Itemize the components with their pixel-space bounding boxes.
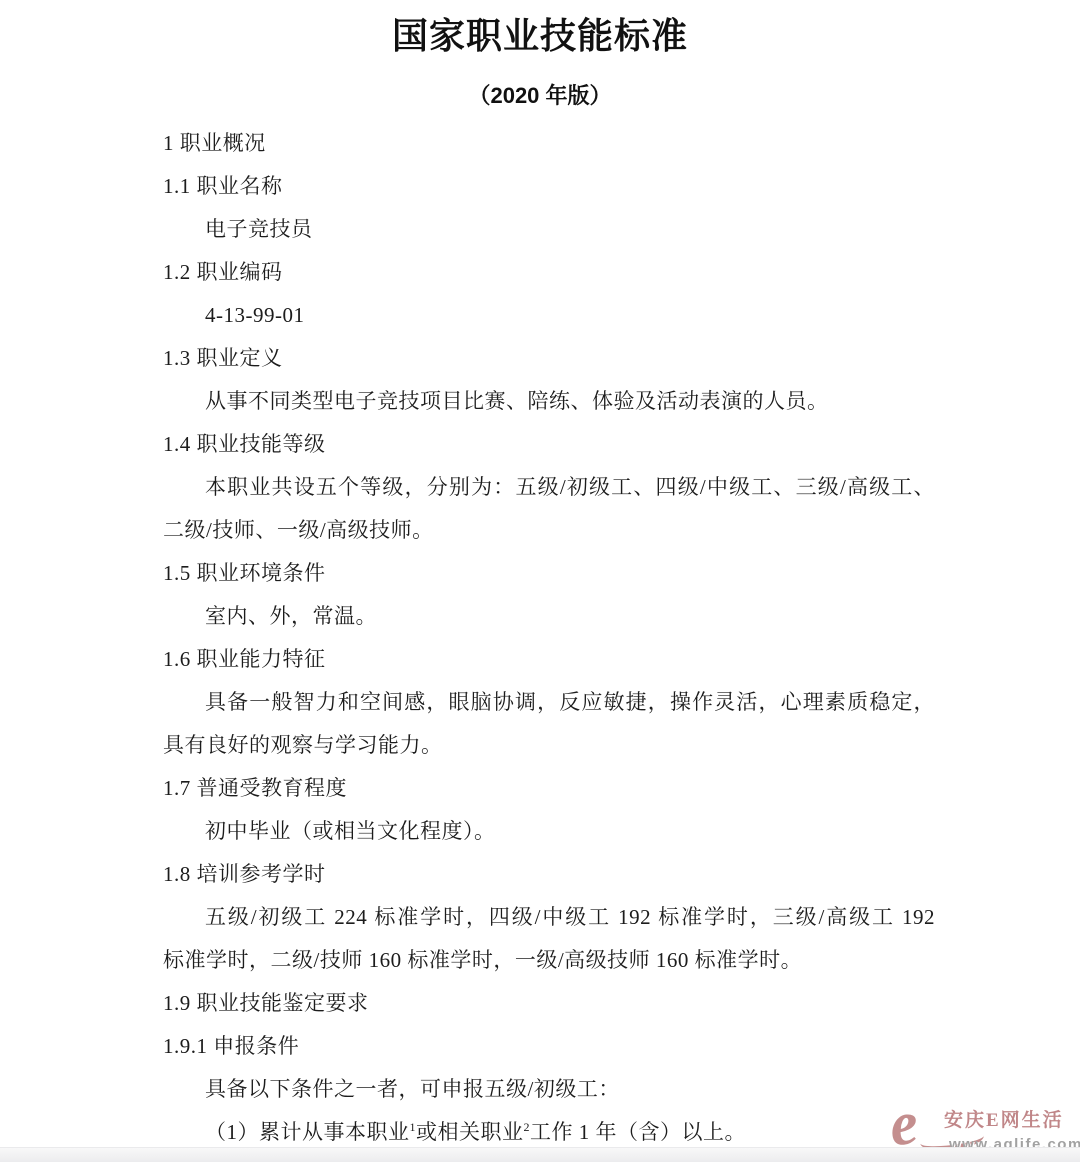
application-intro: 具备以下条件之一者，可申报五级/初级工： (163, 1068, 935, 1111)
occupation-name: 电子竞技员 (163, 208, 935, 251)
education-level: 初中毕业（或相当文化程度）。 (163, 810, 935, 853)
occupation-code: 4-13-99-01 (163, 294, 935, 337)
section-heading-1: 1 职业概况 (163, 122, 935, 165)
section-heading-1-8: 1.8 培训参考学时 (163, 853, 935, 896)
section-heading-1-3: 1.3 职业定义 (163, 337, 935, 380)
section-heading-1-4: 1.4 职业技能等级 (163, 423, 935, 466)
section-heading-1-9: 1.9 职业技能鉴定要求 (163, 982, 935, 1025)
watermark-site-name: 安庆E网生活 (944, 1110, 1064, 1132)
document-body: 1 职业概况 1.1 职业名称 电子竞技员 1.2 职业编码 4-13-99-0… (0, 122, 935, 1154)
ability-traits-line-2: 具有良好的观察与学习能力。 (163, 724, 935, 767)
footnote-text-mid: 或相关职业 (416, 1120, 524, 1144)
skill-levels-line-2: 二级/技师、一级/高级技师。 (163, 509, 935, 552)
footnote-text-pre: （1）累计从事本职业 (205, 1120, 410, 1144)
footnote-text-post: 工作 1 年（含）以上。 (530, 1120, 746, 1144)
section-heading-1-6: 1.6 职业能力特征 (163, 638, 935, 681)
section-heading-1-1: 1.1 职业名称 (163, 165, 935, 208)
section-heading-1-2: 1.2 职业编码 (163, 251, 935, 294)
training-hours-line-1: 五级/初级工 224 标准学时，四级/中级工 192 标准学时，三级/高级工 1… (163, 896, 935, 939)
document-page: 国家职业技能标准 （2020 年版） 1 职业概况 1.1 职业名称 电子竞技员… (0, 0, 1080, 1162)
skill-levels-line-1: 本职业共设五个等级，分别为：五级/初级工、四级/中级工、三级/高级工、 (163, 466, 935, 509)
ability-traits-line-1: 具备一般智力和空间感，眼脑协调，反应敏捷，操作灵活，心理素质稳定， (163, 681, 935, 724)
occupation-definition: 从事不同类型电子竞技项目比赛、陪练、体验及活动表演的人员。 (163, 380, 935, 423)
section-heading-1-9-1: 1.9.1 申报条件 (163, 1025, 935, 1068)
section-heading-1-5: 1.5 职业环境条件 (163, 552, 935, 595)
environment-conditions: 室内、外，常温。 (163, 595, 935, 638)
document-edition: （2020 年版） (0, 83, 1080, 109)
training-hours-line-2: 标准学时，二级/技师 160 标准学时，一级/高级技师 160 标准学时。 (163, 939, 935, 982)
section-heading-1-7: 1.7 普通受教育程度 (163, 767, 935, 810)
document-title: 国家职业技能标准 (0, 0, 1080, 57)
page-bottom-edge (0, 1147, 1080, 1162)
